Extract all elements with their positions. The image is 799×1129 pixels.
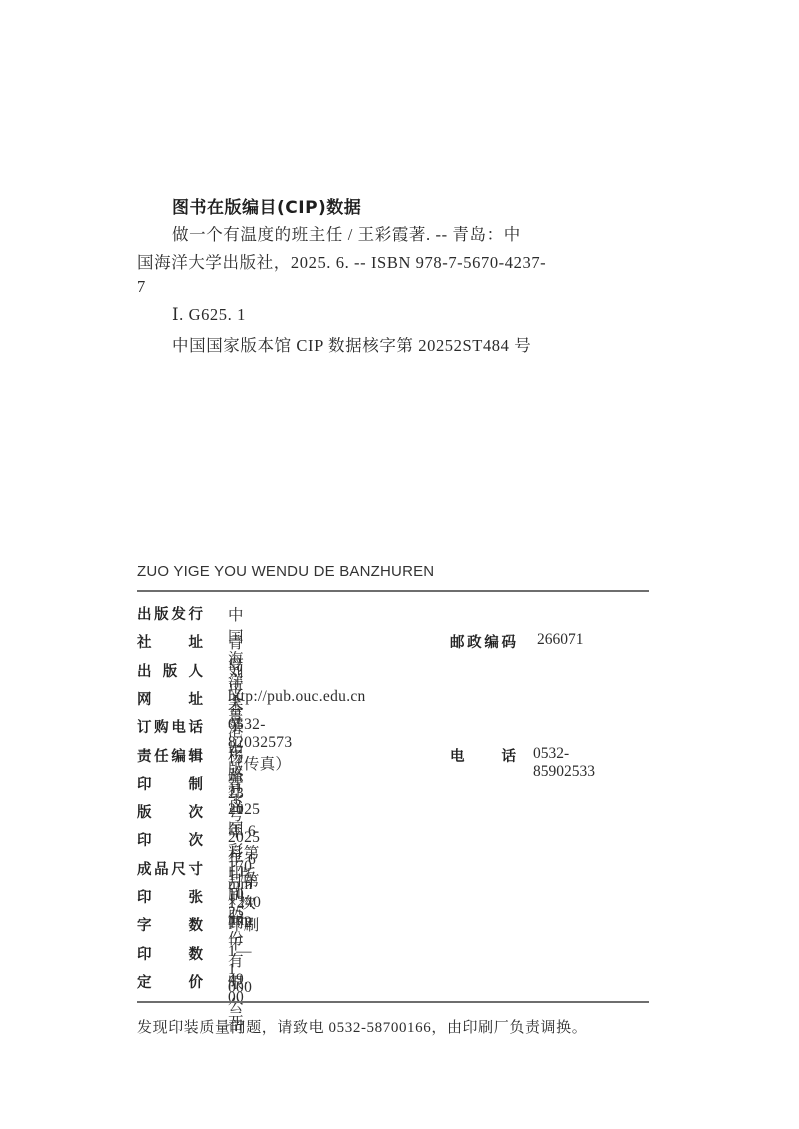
colophon-label: 印次 bbox=[137, 829, 203, 850]
label-char: 责 bbox=[137, 745, 152, 766]
colophon-value-secondary: 266071 bbox=[537, 631, 584, 649]
cip-line-2: 国海洋大学出版社，2025. 6. -- ISBN 978-7-5670-423… bbox=[137, 249, 546, 273]
label-char: 码 bbox=[501, 631, 516, 652]
label-char: 行 bbox=[188, 603, 203, 624]
label-char: 制 bbox=[189, 773, 204, 794]
label-char: 印 bbox=[137, 886, 152, 907]
label-char: 张 bbox=[189, 886, 204, 907]
label-char: 版 bbox=[163, 660, 178, 681]
label-char: 人 bbox=[189, 660, 204, 681]
label-char: 社 bbox=[137, 631, 152, 652]
colophon-label: 网址 bbox=[137, 688, 203, 709]
colophon-label: 字数 bbox=[137, 914, 203, 935]
colophon-label: 定价 bbox=[137, 971, 203, 992]
label-char: 政 bbox=[467, 631, 482, 652]
label-char: 网 bbox=[137, 688, 152, 709]
label-char: 出 bbox=[137, 660, 152, 681]
bottom-divider bbox=[137, 1001, 649, 1003]
colophon-label-secondary: 电话 bbox=[450, 745, 516, 766]
label-char: 字 bbox=[137, 914, 152, 935]
colophon-label: 印张 bbox=[137, 886, 203, 907]
cip-record-number: 中国国家版本馆 CIP 数据核字第 20252ST484 号 bbox=[172, 332, 531, 356]
colophon-label: 版次 bbox=[137, 801, 203, 822]
label-char: 订 bbox=[137, 716, 152, 737]
label-char: 电 bbox=[171, 716, 186, 737]
colophon-label-secondary: 邮政编码 bbox=[450, 631, 516, 652]
label-char: 话 bbox=[188, 716, 203, 737]
colophon-label: 订购电话 bbox=[137, 716, 203, 737]
colophon-label: 社址 bbox=[137, 631, 203, 652]
label-char: 数 bbox=[189, 914, 204, 935]
pinyin-title: ZUO YIGE YOU WENDU DE BANZHUREN bbox=[137, 563, 434, 580]
label-char: 印 bbox=[137, 829, 152, 850]
cip-classification: Ⅰ. G625. 1 bbox=[172, 305, 246, 325]
label-char: 定 bbox=[137, 971, 152, 992]
label-char: 次 bbox=[189, 801, 204, 822]
label-char: 印 bbox=[137, 773, 152, 794]
label-char: 话 bbox=[502, 745, 517, 766]
label-char: 品 bbox=[154, 858, 169, 879]
label-char: 价 bbox=[189, 971, 204, 992]
label-char: 数 bbox=[189, 943, 204, 964]
label-char: 版 bbox=[137, 801, 152, 822]
label-char: 电 bbox=[450, 745, 465, 766]
label-char: 任 bbox=[154, 745, 169, 766]
colophon-label: 印制 bbox=[137, 773, 203, 794]
label-char: 出 bbox=[137, 603, 152, 624]
colophon-label: 出版人 bbox=[137, 660, 203, 681]
cip-heading: 图书在版编目(CIP)数据 bbox=[172, 193, 361, 218]
colophon-value: http://pub.ouc.edu.cn bbox=[228, 688, 366, 706]
label-char: 成 bbox=[137, 858, 152, 879]
colophon-label: 成品尺寸 bbox=[137, 858, 203, 879]
label-char: 址 bbox=[189, 688, 204, 709]
top-divider bbox=[137, 590, 649, 592]
label-char: 发 bbox=[171, 603, 186, 624]
cip-line-3: 7 bbox=[137, 277, 146, 297]
cip-line-1: 做一个有温度的班主任 / 王彩霞著. -- 青岛：中 bbox=[172, 221, 521, 245]
colophon-label: 责任编辑 bbox=[137, 745, 203, 766]
quality-note: 发现印装质量问题，请致电 0532-58700166，由印刷厂负责调换。 bbox=[137, 1016, 587, 1037]
label-char: 版 bbox=[154, 603, 169, 624]
label-char: 邮 bbox=[450, 631, 465, 652]
label-char: 尺 bbox=[171, 858, 186, 879]
colophon-value-secondary: 0532-85902533 bbox=[533, 745, 595, 781]
label-char: 编 bbox=[484, 631, 499, 652]
label-char: 编 bbox=[171, 745, 186, 766]
label-char: 辑 bbox=[188, 745, 203, 766]
colophon-label: 印数 bbox=[137, 943, 203, 964]
label-char: 次 bbox=[189, 829, 204, 850]
label-char: 印 bbox=[137, 943, 152, 964]
label-char: 购 bbox=[154, 716, 169, 737]
label-char: 寸 bbox=[188, 858, 203, 879]
label-char: 址 bbox=[189, 631, 204, 652]
colophon-label: 出版发行 bbox=[137, 603, 203, 624]
